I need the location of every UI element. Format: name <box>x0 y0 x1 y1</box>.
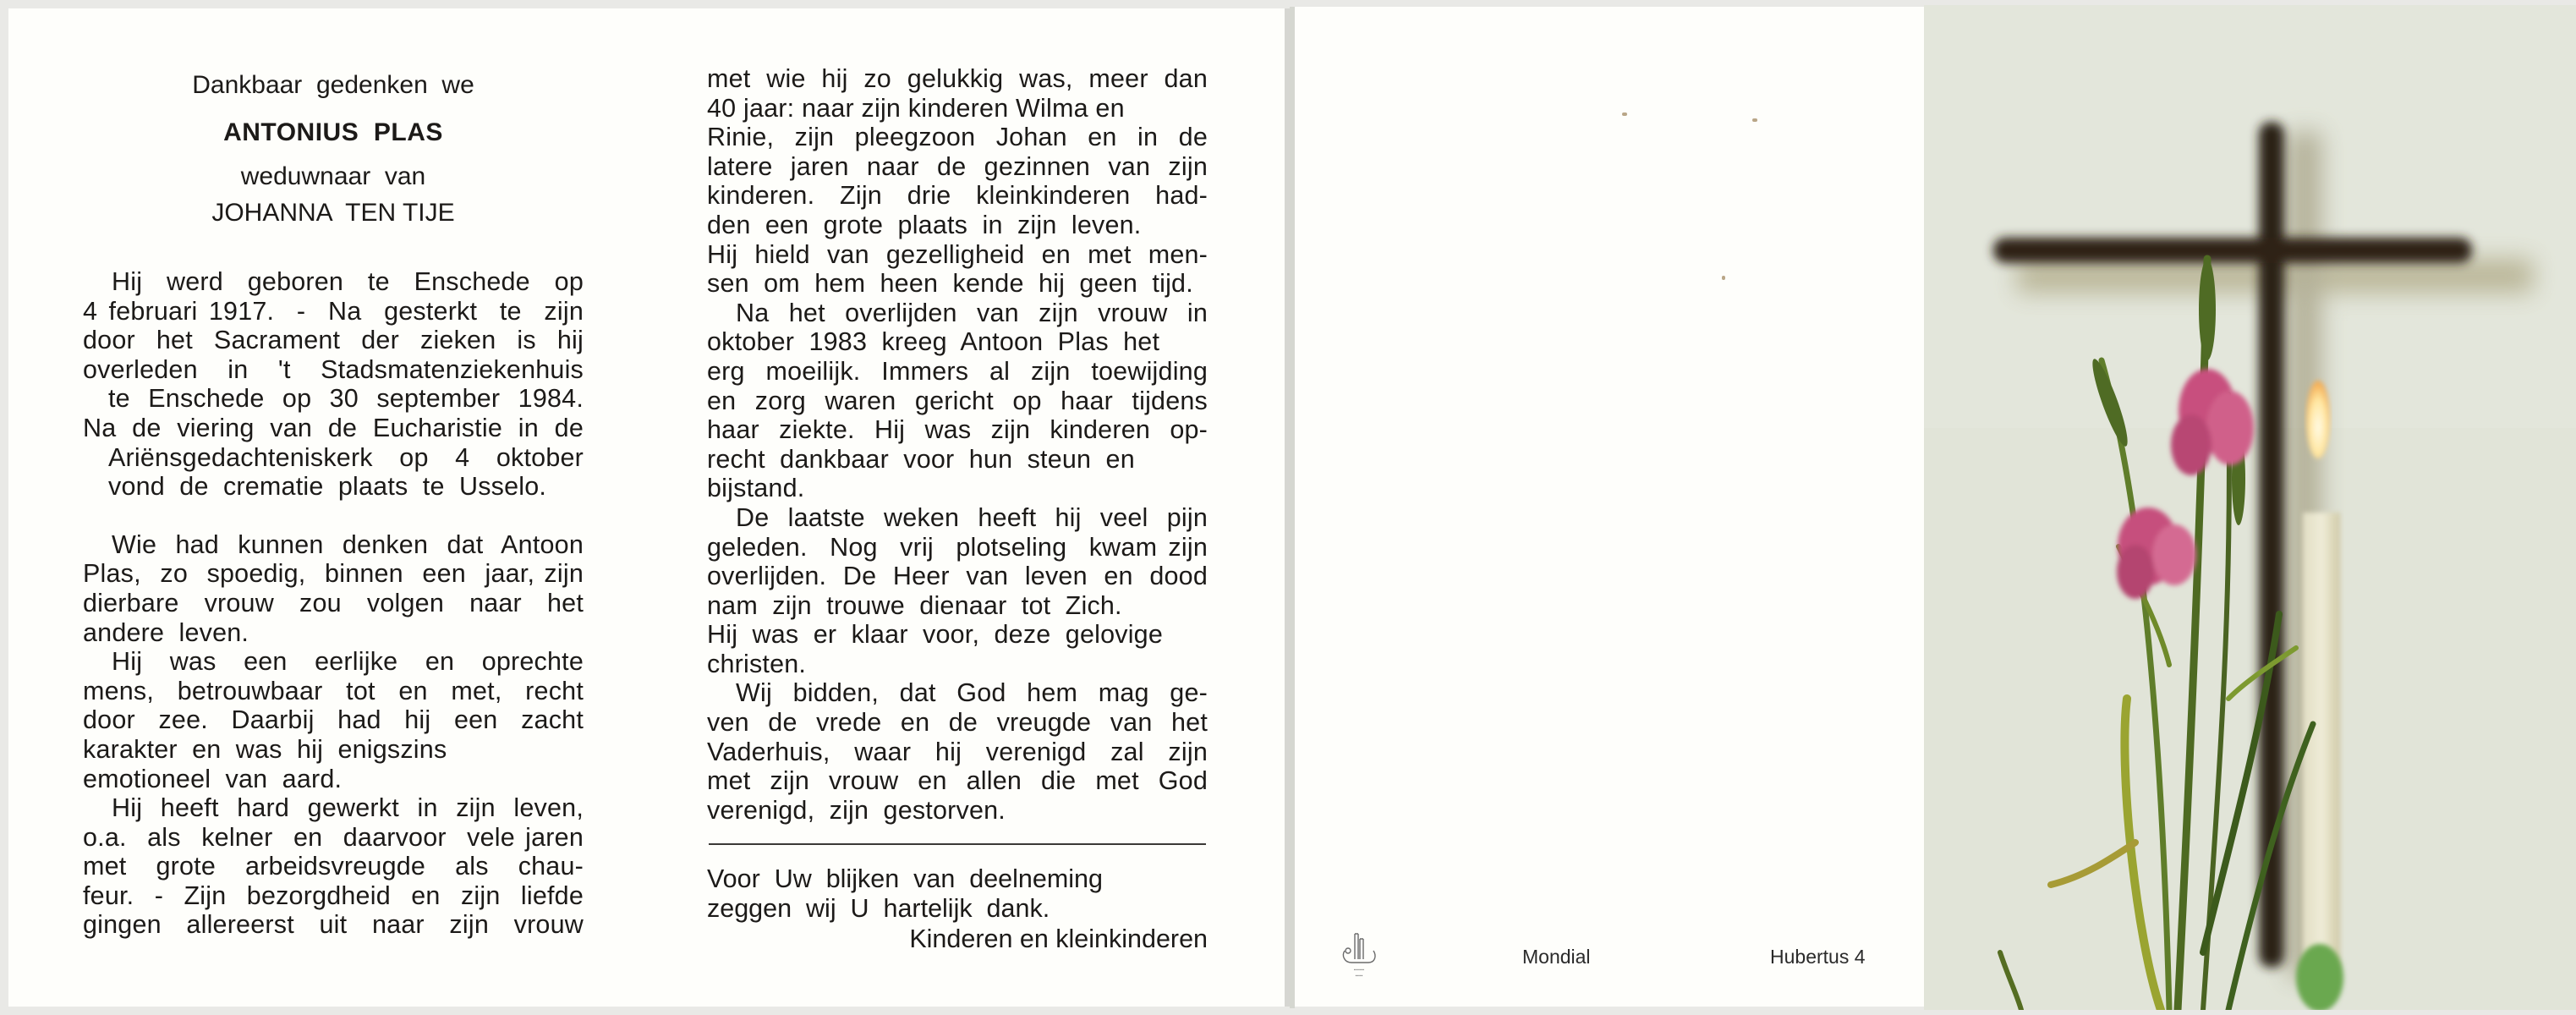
text-line: gingen allereerst uit naar zijn vrouw <box>83 910 584 940</box>
text-line: sen om hem heen kende hij geen tijd. <box>707 269 1208 299</box>
text-line: Ariënsgedachteniskerk op 4 oktober <box>83 443 584 473</box>
card-code: Hubertus 4 <box>1770 946 1866 968</box>
widower-label: weduwnaar van <box>83 162 584 191</box>
publisher-logo-icon: ▪▪▪▪▪▪▪ ▪▪▪▪▪ <box>1338 930 1380 981</box>
text-line: Vaderhuis, waar hij verenigd zal zijn <box>707 738 1208 767</box>
text-line: verenigd, zijn gestorven. <box>707 796 1208 826</box>
text-line: oktober 1983 kreeg Antoon Plas het <box>707 327 1208 357</box>
text-line: Hij hield van gezelligheid en met men- <box>707 240 1208 270</box>
text-line: en zorg waren gericht op haar tijdens <box>707 387 1208 416</box>
svg-text:▪▪▪▪▪▪▪: ▪▪▪▪▪▪▪ <box>1354 968 1365 973</box>
cover-photo <box>1924 5 2576 1010</box>
text-line: Wij bidden, dat God hem mag ge- <box>707 678 1208 708</box>
text-line: andere leven. <box>83 618 584 648</box>
text-line: haar ziekte. Hij was zijn kinderen op- <box>707 415 1208 445</box>
text-line: Na het overlijden van zijn vrouw in <box>707 299 1208 328</box>
text-line: door zee. Daarbij had hij een zacht <box>83 705 584 735</box>
text-line: met zijn vrouw en allen die met God <box>707 766 1208 796</box>
text-line: erg moeilijk. Immers al zijn toewijding <box>707 357 1208 387</box>
biography-column-2: met wie hij zo gelukkig was, meer dan40 … <box>707 64 1208 825</box>
text-line: Hij was een eerlijke en oprechte <box>83 647 584 677</box>
thanks-line-1: Voor Uw blijken van deelneming <box>707 864 1208 894</box>
text-line: vond de crematie plaats te Usselo. <box>83 472 584 502</box>
text-line: bijstand. <box>707 474 1208 503</box>
paragraph-gap <box>83 502 584 530</box>
text-line: De laatste weken heeft hij veel pijn <box>707 503 1208 533</box>
text-line: te Enschede op 30 september 1984. <box>83 384 584 414</box>
text-line: kinderen. Zijn drie kleinkinderen had- <box>707 181 1208 211</box>
text-line: ven de vrede en de vreugde van het <box>707 708 1208 738</box>
thanks-line-2: zeggen wij U hartelijk dank. <box>707 894 1208 924</box>
paper-speck <box>1722 276 1725 280</box>
svg-text:▪▪▪▪▪: ▪▪▪▪▪ <box>1356 974 1363 979</box>
text-line: Plas, zo spoedig, binnen een jaar, zijn <box>83 559 584 589</box>
text-line: 40 jaar: naar zijn kinderen Wilma en <box>707 94 1208 123</box>
text-line: nam zijn trouwe dienaar tot Zich. <box>707 591 1208 621</box>
text-line: den een grote plaats in zijn leven. <box>707 211 1208 240</box>
text-line: recht dankbaar voor hun steun en <box>707 445 1208 475</box>
separator-line <box>709 843 1206 845</box>
text-line: met wie hij zo gelukkig was, meer dan <box>707 64 1208 94</box>
text-line: geleden. Nog vrij plotseling kwam zijn <box>707 533 1208 562</box>
text-line: feur. - Zijn bezorgdheid en zijn liefde <box>83 881 584 911</box>
text-line: christen. <box>707 650 1208 679</box>
signature: Kinderen en kleinkinderen <box>707 924 1208 954</box>
text-line: dierbare vrouw zou volgen naar het <box>83 589 584 618</box>
text-line: Rinie, zijn pleegzoon Johan en in de <box>707 123 1208 152</box>
text-line: o.a. als kelner en daarvoor vele jaren <box>83 823 584 853</box>
spouse-name: JOHANNA TEN TIJE <box>83 199 584 228</box>
text-line: karakter en was hij enigszins <box>83 735 584 765</box>
text-line: Hij was er klaar voor, deze gelovige <box>707 620 1208 650</box>
paper-speck <box>1752 118 1757 122</box>
thanks-message: Voor Uw blijken van deelneming zeggen wi… <box>707 864 1208 923</box>
text-line: overleden in 't Stadsmatenziekenhuis <box>83 355 584 385</box>
text-line: Hij heeft hard gewerkt in zijn leven, <box>83 793 584 823</box>
text-line: overlijden. De Heer van leven en dood <box>707 562 1208 591</box>
text-line: emotioneel van aard. <box>83 765 584 794</box>
deceased-name: ANTONIUS PLAS <box>83 118 584 147</box>
series-name: Mondial <box>1522 946 1591 968</box>
text-line: Wie had kunnen denken dat Antoon <box>83 530 584 560</box>
paper-speck <box>1622 112 1627 116</box>
biography-column-1: Hij werd geboren te Enschede op4 februar… <box>83 267 584 940</box>
text-line: latere jaren naar de gezinnen van zijn <box>707 152 1208 182</box>
text-line: met grote arbeidsvreugde als chau- <box>83 852 584 881</box>
text-line: 4 februari 1917. - Na gesterkt te zijn <box>83 297 584 326</box>
memorial-intro: Dankbaar gedenken we <box>83 71 584 100</box>
text-line: door het Sacrament der zieken is hij <box>83 326 584 355</box>
text-line: mens, betrouwbaar tot en met, recht <box>83 677 584 706</box>
text-line: Na de viering van de Eucharistie in de <box>83 414 584 443</box>
text-line: Hij werd geboren te Enschede op <box>83 267 584 297</box>
